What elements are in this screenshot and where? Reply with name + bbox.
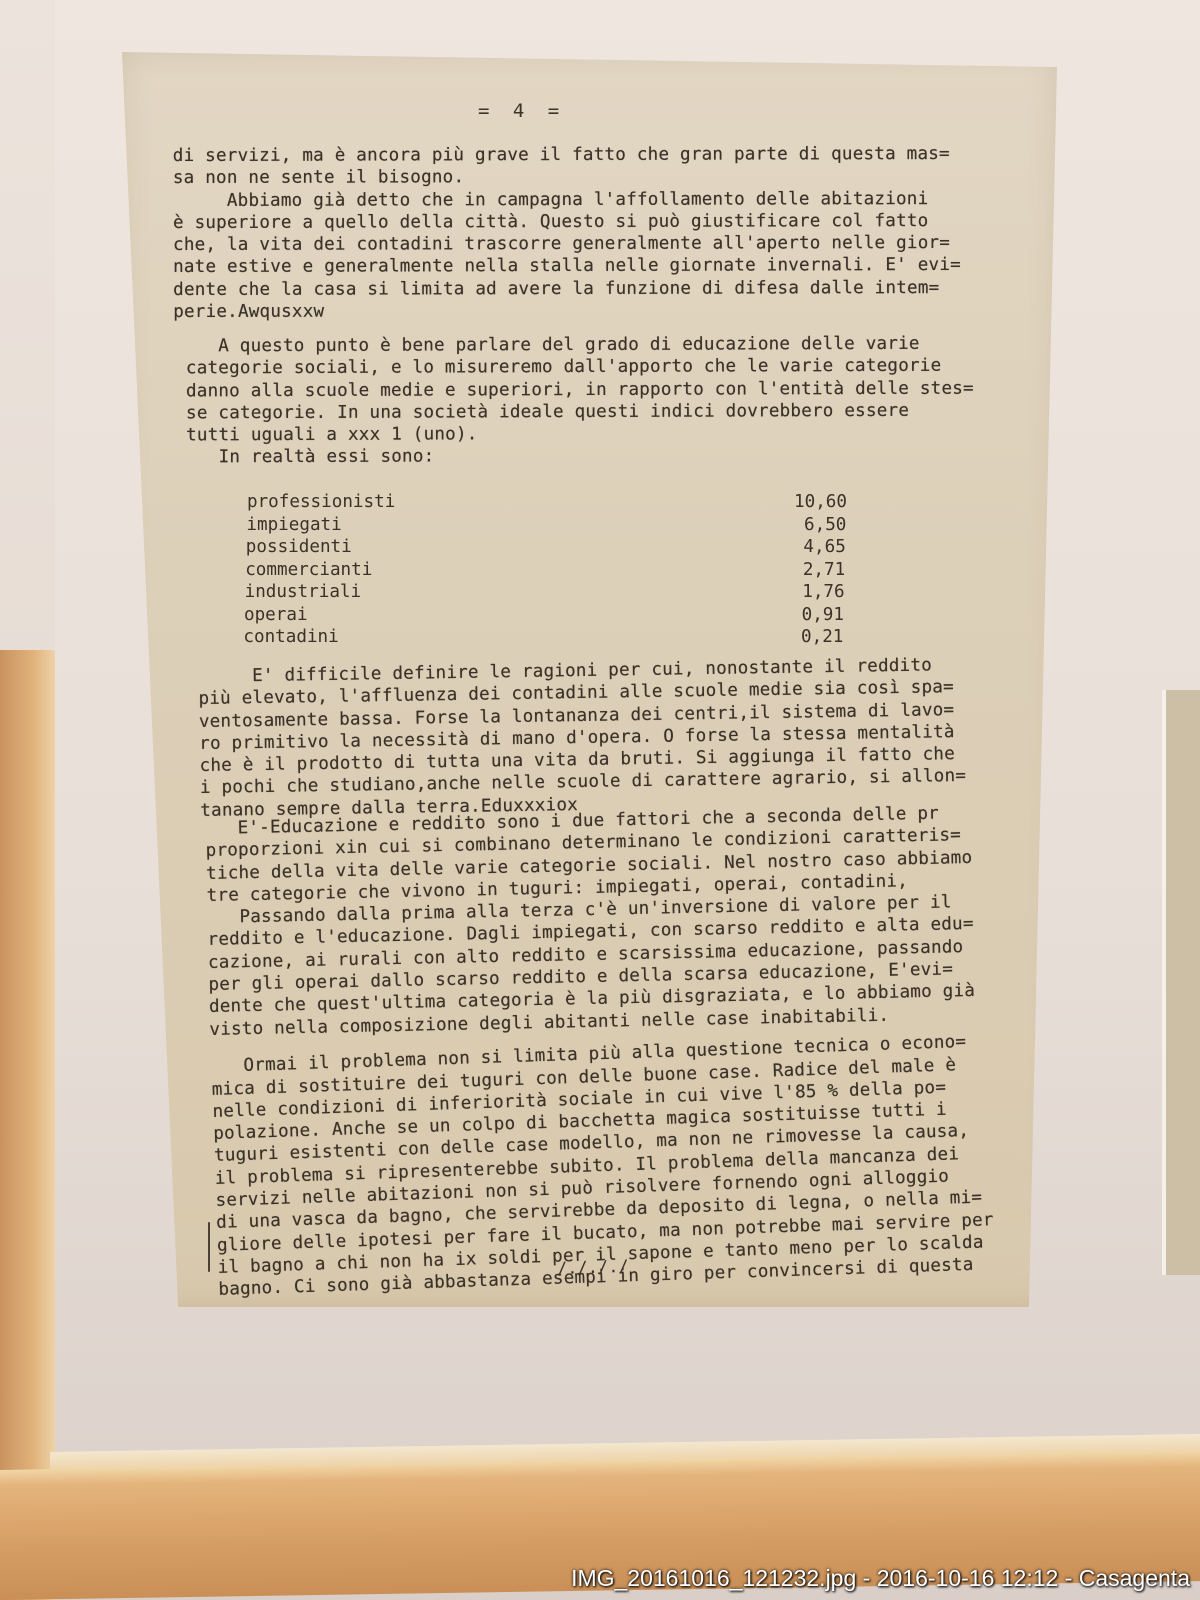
category-label: contadini bbox=[243, 626, 338, 649]
index-value: 0,91 bbox=[802, 604, 844, 627]
category-label: possidenti bbox=[246, 536, 352, 559]
index-value: 6,50 bbox=[804, 514, 846, 537]
page-number: = 4 = bbox=[478, 100, 565, 122]
category-label: professionisti bbox=[247, 491, 395, 514]
category-label: operai bbox=[244, 604, 308, 627]
table-row: professionisti10,60 bbox=[247, 491, 847, 514]
pencil-margin-mark bbox=[208, 1222, 210, 1272]
category-label: commercianti bbox=[245, 559, 372, 582]
table-row: impiegati6,50 bbox=[246, 514, 846, 537]
paragraph-4: E'-Educazione e reddito sono i due fatto… bbox=[205, 802, 976, 1041]
index-value: 4,65 bbox=[803, 536, 845, 559]
index-value: 2,71 bbox=[803, 559, 845, 582]
table-row: commercianti2,71 bbox=[245, 559, 845, 582]
signoff-marks: /./././ bbox=[557, 1257, 629, 1279]
photo-caption: IMG_20161016_121232.jpg - 2016-10-16 12:… bbox=[571, 1565, 1190, 1592]
category-label: industriali bbox=[245, 581, 362, 604]
paragraph-2: A questo punto è bene parlare del grado … bbox=[186, 333, 974, 470]
table-row: industriali1,76 bbox=[245, 581, 845, 604]
category-label: impiegati bbox=[246, 514, 341, 537]
table-row: operai0,91 bbox=[244, 604, 844, 627]
education-index-table: professionisti10,60impiegati6,50possiden… bbox=[247, 491, 847, 649]
paragraph-3: E' difficile definire le ragioni per cui… bbox=[198, 654, 967, 822]
index-value: 0,21 bbox=[801, 626, 843, 649]
table-row: contadini0,21 bbox=[243, 626, 843, 649]
paragraph-1: di servizi, ma è ancora più grave il fat… bbox=[173, 143, 961, 323]
table-row: possidenti4,65 bbox=[246, 536, 846, 559]
wooden-frame-left bbox=[0, 650, 55, 1600]
index-value: 1,76 bbox=[802, 581, 844, 604]
index-value: 10,60 bbox=[794, 491, 847, 514]
neighboring-frame-edge bbox=[1162, 690, 1200, 1275]
